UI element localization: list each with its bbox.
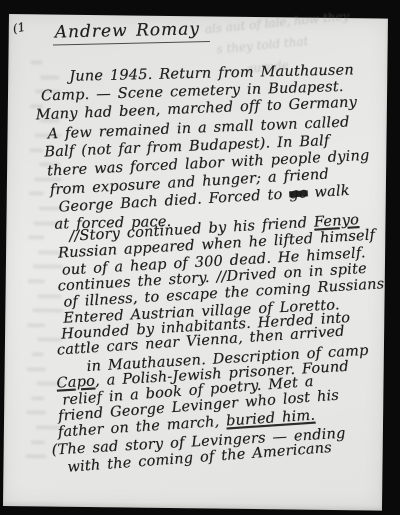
bleedthrough-smudge bbox=[31, 396, 44, 400]
bleedthrough-smudge bbox=[28, 235, 44, 239]
bleedthrough-smudge bbox=[28, 279, 45, 283]
bleedthrough-smudge bbox=[27, 367, 46, 371]
manuscript-page: (1 Andrew Romay als aut of lale, how the… bbox=[3, 14, 388, 511]
bleedthrough-smudge bbox=[31, 440, 45, 444]
bleedthrough-smudge bbox=[32, 308, 63, 312]
scribbled-out-word: go bbox=[289, 185, 308, 202]
bleedthrough-smudge bbox=[30, 60, 42, 64]
bleedthrough-smudge bbox=[29, 148, 43, 152]
bleedthrough-smudge bbox=[26, 454, 47, 458]
ghost-line: als aut of lale, how they bbox=[204, 9, 350, 36]
page-number-mark: (1 bbox=[11, 20, 26, 36]
bleedthrough-smudge bbox=[26, 411, 46, 415]
ghost-line: s they told that bbox=[216, 34, 309, 56]
underlined-text: Capo bbox=[56, 373, 95, 391]
bleedthrough-smudge bbox=[39, 206, 61, 210]
bleedthrough-smudge bbox=[33, 265, 63, 269]
bleedthrough-smudge bbox=[32, 352, 44, 356]
bleedthrough-smudge bbox=[27, 323, 45, 327]
bleedthrough-smudge bbox=[29, 192, 44, 196]
bleedthrough-smudge bbox=[37, 338, 62, 342]
handwritten-text: walk bbox=[307, 183, 350, 201]
bleedthrough-smudge bbox=[40, 75, 59, 79]
ghost-bleedthrough-text: als aut of lale, how they s they told th… bbox=[9, 14, 388, 19]
scan-background: (1 Andrew Romay als aut of lale, how the… bbox=[0, 0, 400, 515]
page-title: Andrew Romay bbox=[52, 19, 210, 46]
